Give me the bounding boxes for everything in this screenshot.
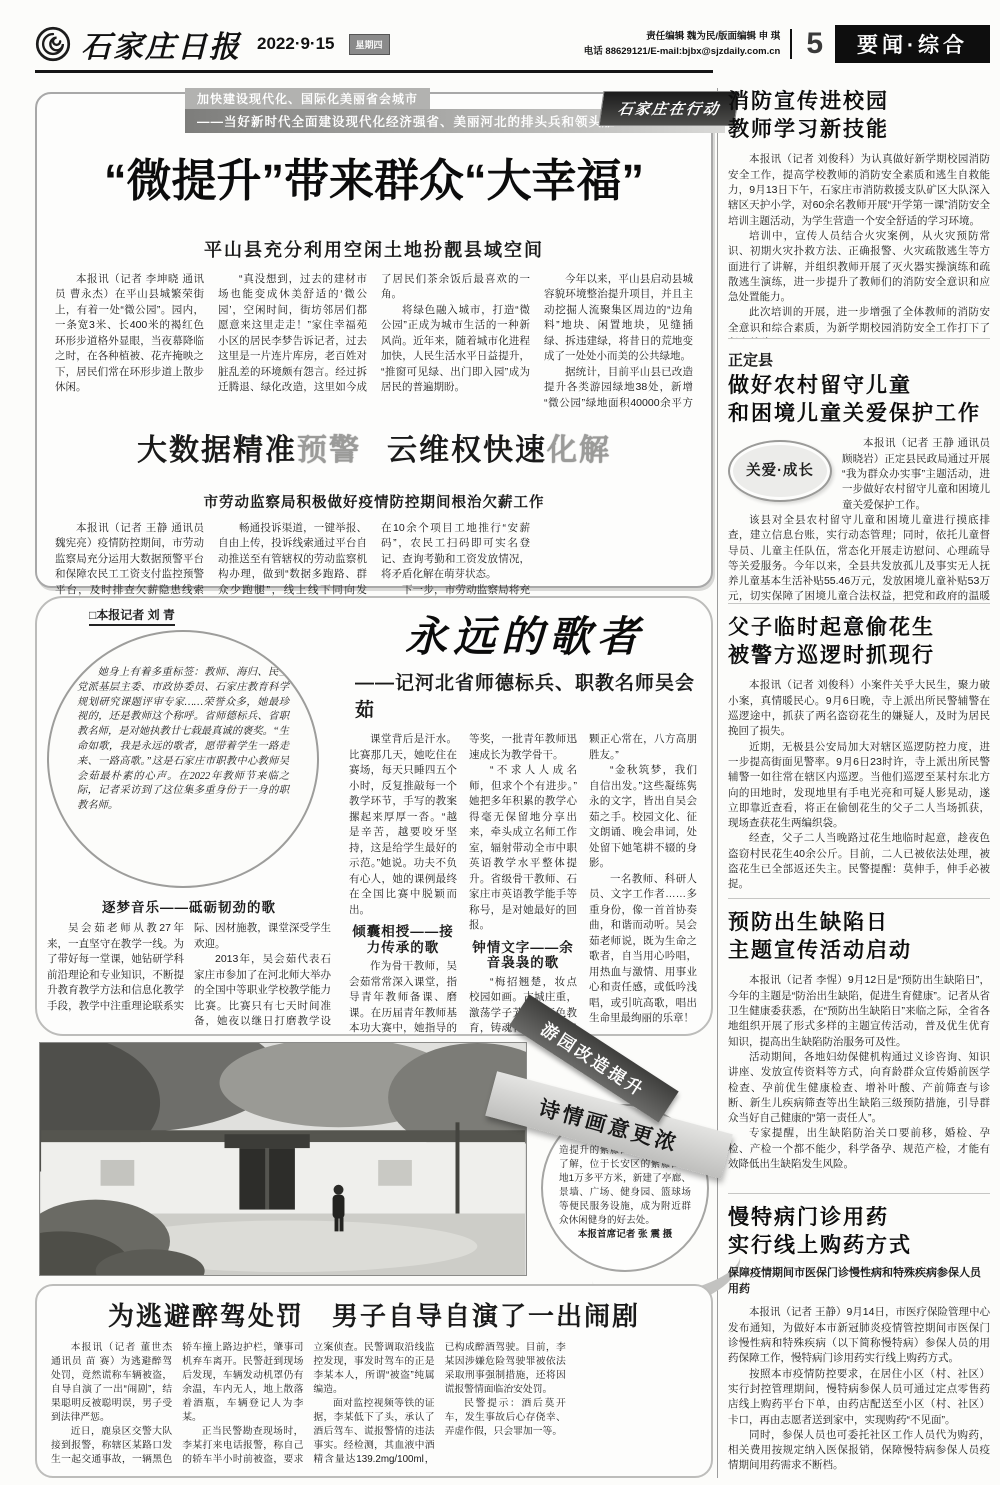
editor-line: 责任编辑 魏为民/版面编辑 申 琪 — [584, 29, 781, 44]
newspaper-page: 石家庄日报 2022·9·15 星期四 责任编辑 魏为民/版面编辑 申 琪 电话… — [0, 0, 1000, 1485]
weekday-badge: 星期四 — [349, 34, 390, 55]
masthead-right: 责任编辑 魏为民/版面编辑 申 琪 电话 88629121/E-mail:bjb… — [584, 25, 990, 63]
masthead-rule — [35, 70, 713, 73]
rail-article-birth-defects: 预防出生缺陷日 主题宣传活动启动 本报讯（记者 李惺）9月12日是“预防出生缺陷… — [728, 898, 990, 1193]
slogan-line1: 加快建设现代化、国际化美丽省会城市 — [185, 88, 430, 109]
body-paragraph: “不求人人成名师，但求个个有进步。”她把多年积累的教学心得毫无保留地分享出来，牵… — [469, 763, 577, 934]
body-paragraph: 民警提示：酒后莫开车，发生事故后心存侥幸、弄虚作假，只会罪加一等。 — [445, 1397, 566, 1439]
rail-headline: 消防宣传进校园 教师学习新技能 — [728, 88, 990, 143]
main-subtitle: 平山县充分利用空闲土地扮靓县域空间 — [55, 236, 693, 262]
editor-contact-lines: 责任编辑 魏为民/版面编辑 申 琪 电话 88629121/E-mail:bjb… — [584, 29, 793, 59]
rail-headline: 慢特病门诊用药 实行线上购药方式 — [728, 1204, 990, 1259]
rail-headline-line1: 消防宣传进校园 — [728, 88, 990, 116]
body-paragraph: “金秋筑梦，我们自信出发。”这些凝练隽永的文字，皆出自吴会茹之手。校园文化、征文… — [589, 763, 697, 872]
rail-subtitle: 保障疫情期间市医保门诊慢性病和特殊疾病参保人员用药 — [728, 1264, 990, 1296]
rail-headline: 父子临时起意偷花生 被警方巡逻时抓现行 — [728, 614, 990, 669]
section-subhead: 逐梦音乐——砥砺韧劲的歌 — [47, 896, 331, 916]
body-paragraph: 近期，无极县公安局加大对辖区巡逻防控力度，进一步提高街面见警率。9月6日23时许… — [728, 740, 990, 832]
care-growth-badge: 关爱·成长 — [728, 440, 832, 502]
body-paragraph: 同时，参保人员也可委托社区工作人员代为购药，相关费用按规定纳入医保报销，保障慢特… — [728, 1428, 990, 1474]
headline-part: 云维权快速 — [387, 434, 547, 467]
section-subhead: 倾囊相授——接力传承的歌 — [349, 924, 457, 955]
body-paragraph: 课堂背后是汗水。比赛那几天，她吃住在赛场，每天只睡四五个小时，反复推敲每一个教学… — [349, 732, 457, 918]
rail-headline-line1: 做好农村留守儿童 — [728, 372, 990, 400]
body-paragraph: 本报讯（记者 董世杰 通讯员 苗 赛）为逃避醉驾处罚，竟然谎称车辆被盗，自导自演… — [51, 1341, 172, 1425]
issue-date: 2022·9·15 — [257, 34, 335, 54]
campaign-badge: 石家庄在行动 — [599, 91, 740, 126]
body-paragraph: 培训中，宣传人员结合火灾案例，从火灾预防常识、初期火灾扑救方法、正确报警、火灾疏… — [728, 229, 990, 305]
rail-headline-line2: 实行线上购药方式 — [728, 1232, 990, 1260]
headline-part: 大数据精准 — [137, 434, 297, 467]
section-subhead: 钟情文字——余音袅袅的歌 — [469, 940, 577, 971]
body-paragraph: 本报讯（记者 李坤晓 通讯员 曹永杰）在平山县城繁荣街上，有着一处“微公园”。园… — [55, 272, 204, 396]
rail-headline-line1: 预防出生缺陷日 — [728, 909, 990, 937]
singer-section1-body: 吴会茹老师从教27年来，一直坚守在教学一线。为了带好每一堂课，她钻研学科前沿理论… — [47, 921, 331, 1036]
photo-garden — [39, 1042, 527, 1276]
intro-text: 她身上有着多重标签：教师、海归、民主党派基层主委、市政协委员、石家庄教育科学规划… — [77, 666, 289, 814]
rail-article-body: 关爱·成长 本报讯（记者 王静 通讯员 顾晓岩）正定县民政局通过开展“我为群众办… — [728, 436, 990, 603]
rail-article-medicine-online: 慢特病门诊用药 实行线上购药方式 保障疫情期间市医保门诊慢性病和特殊疾病参保人员… — [728, 1193, 990, 1482]
singer-intro: 她身上有着多重标签：教师、海归、民主党派基层主委、市政协委员、石家庄教育科学规划… — [47, 630, 319, 888]
singer-body: 课堂背后是汗水。比赛那几天，她吃住在赛场，每天只睡四五个小时，反复推敲每一个教学… — [349, 732, 697, 1036]
section-title: 要闻·综合 — [835, 25, 990, 63]
rail-headline: 预防出生缺陷日 主题宣传活动启动 — [728, 909, 990, 964]
body-paragraph: 活动期间，各地妇幼保健机构通过义诊咨询、知识讲座、发放宣传资料等方式，向育龄群众… — [728, 1050, 990, 1126]
rail-article-body: 本报讯（记者 刘俊科）为认真做好新学期校园消防安全工作，提高学校教师的消防安全素… — [728, 152, 990, 338]
body-paragraph: 一名教师、科研人员、文字工作者……多重身份，像一首首协奏曲，和谐而动听。吴会茹老… — [589, 872, 697, 1027]
body-paragraph: 今年以来，平山县启动县城容貌环境整治提升项目，并且主动挖掘人流聚集区周边的“边角… — [544, 272, 693, 365]
article-weitisheng: 加快建设现代化、国际化美丽省会城市 ——当好新时代全面建设现代化经济强省、美丽河… — [35, 92, 713, 588]
contact-line: 电话 88629121/E-mail:bjbx@sjzdaily.com.cn — [584, 44, 781, 59]
singer-headline: 永远的歌者 — [405, 604, 697, 664]
body-paragraph: 本报讯（记者 李惺）9月12日是“预防出生缺陷日”，今年的主题是“防治出生缺陷，… — [728, 973, 990, 1049]
rail-headline-line1: 父子临时起意偷花生 — [728, 614, 990, 642]
body-paragraph: 本报讯（记者 王静）9月14日，市医疗保险管理中心发布通知，为做好本市新冠肺炎疫… — [728, 1305, 990, 1366]
paper-logo-icon — [35, 26, 71, 62]
photo-credit: 本报首席记者 张 震 摄 — [559, 1228, 691, 1242]
rail-headline-line2: 主题宣传活动启动 — [728, 937, 990, 965]
masthead: 石家庄日报 2022·9·15 星期四 责任编辑 魏为民/版面编辑 申 琪 电话… — [35, 20, 990, 68]
dashuju-subtitle: 市劳动监察局积极做好疫情防控期间根治欠薪工作 — [55, 491, 693, 512]
headline-part-ghost: 预警 — [297, 434, 361, 467]
page-number: 5 — [806, 27, 823, 61]
rail-article-body: 本报讯（记者 王静）9月14日，市医疗保险管理中心发布通知，为做好本市新冠肺炎疫… — [728, 1305, 990, 1473]
body-paragraph: 该县对全县农村留守儿童和困境儿童进行摸底排查，建立信息台账，实行动态管理；同时，… — [728, 513, 990, 603]
drunk-body: 本报讯（记者 董世杰 通讯员 苗 赛）为逃避醉驾处罚，竟然谎称车辆被盗，自导自演… — [51, 1341, 697, 1477]
body-paragraph: 按照本市疫情防控要求，在居住小区（村、社区）实行封控管理期间，慢特病参保人员可通… — [728, 1367, 990, 1428]
rail-headline-line2: 教师学习新技能 — [728, 116, 990, 144]
body-paragraph: 将绿色融入城市，打造“微公园”正成为城市生活的一种新风尚。近年来，随着城市化进程… — [381, 303, 530, 396]
rail-headline: 做好农村留守儿童 和困境儿童关爱保护工作 — [728, 372, 990, 427]
drunk-headline: 为逃避醉驾处罚 男子自导自演了一出闹剧 — [51, 1296, 697, 1333]
singer-subtitle: ——记河北省师德标兵、职教名师吴会茹 — [355, 668, 697, 722]
photo-story: 游园改造提升 诗情画意更浓 9月12日，省会市民在新改造提升的紫藤园休闲游玩。据… — [35, 1042, 713, 1278]
singer-right-column: 永远的歌者 ——记河北省师德标兵、职教名师吴会茹 课堂背后是汗水。比赛那几天，她… — [337, 598, 711, 1034]
body-paragraph: 本报讯（记者 刘俊科）为认真做好新学期校园消防安全工作，提高学校教师的消防安全素… — [728, 152, 990, 228]
body-paragraph: 经查，父子二人当晚路过花生地临时起意，趁夜色盗窃村民花生40余公斤。目前，二人已… — [728, 831, 990, 892]
rail-article-fire-safety: 消防宣传进校园 教师学习新技能 本报讯（记者 刘俊科）为认真做好新学期校园消防安… — [728, 88, 990, 338]
main-headline: “微提升”带来群众“大幸福” — [55, 156, 693, 206]
garden-photo-illustration — [40, 1043, 526, 1275]
main-article-body: 本报讯（记者 李坤晓 通讯员 曹永杰）在平山县城繁荣街上，有着一处“微公园”。园… — [55, 272, 693, 422]
body-paragraph: 专家提醒，出生缺陷防治关口要前移，婚检、孕检、产检一个都不能少，科学备孕、规范产… — [728, 1126, 990, 1172]
rail-article-children-care: 正定县 做好农村留守儿童 和困境儿童关爱保护工作 关爱·成长 本报讯（记者 王静… — [728, 338, 990, 603]
rail-headline-line1: 慢特病门诊用药 — [728, 1204, 990, 1232]
body-paragraph: 本报讯（记者 刘俊科）小案件关乎大民生，聚力破小案，真情暖民心。9月6日晚，寺上… — [728, 678, 990, 739]
rail-article-body: 本报讯（记者 刘俊科）小案件关乎大民生，聚力破小案，真情暖民心。9月6日晚，寺上… — [728, 678, 990, 892]
rail-article-peanut-theft: 父子临时起意偷花生 被警方巡逻时抓现行 本报讯（记者 刘俊科）小案件关乎大民生，… — [728, 603, 990, 898]
body-paragraph: 此次培训的开展，进一步增强了全体教师的消防安全意识和综合素质，为新学期校园消防安… — [728, 305, 990, 338]
rail-kicker: 正定县 — [728, 349, 990, 370]
reporter-byline: □本报记者 刘 青 — [89, 606, 175, 626]
rail-headline-line2: 被警方巡逻时抓现行 — [728, 642, 990, 670]
right-rail: 消防宣传进校园 教师学习新技能 本报讯（记者 刘俊科）为认真做好新学期校园消防安… — [728, 88, 990, 1482]
article-drunk-driver: 为逃避醉驾处罚 男子自导自演了一出闹剧 本报讯（记者 董世杰 通讯员 苗 赛）为… — [35, 1284, 713, 1478]
article-singer: □本报记者 刘 青 她身上有着多重标签：教师、海归、民主党派基层主委、市政协委员… — [35, 596, 713, 1036]
paper-name: 石家庄日报 — [81, 22, 241, 66]
slogan-banner: 加快建设现代化、国际化美丽省会城市 ——当好新时代全面建设现代化经济强省、美丽河… — [185, 88, 725, 133]
headline-part-ghost: 化解 — [547, 434, 611, 467]
dashuju-headline: 大数据精准预警云维权快速化解 — [55, 436, 693, 466]
singer-left-column: □本报记者 刘 青 她身上有着多重标签：教师、海归、民主党派基层主委、市政协委员… — [37, 598, 337, 1034]
rail-headline-line2: 和困境儿童关爱保护工作 — [728, 400, 990, 428]
masthead-left: 石家庄日报 2022·9·15 星期四 — [35, 22, 390, 66]
rail-article-body: 本报讯（记者 李惺）9月12日是“预防出生缺陷日”，今年的主题是“防治出生缺陷，… — [728, 973, 990, 1172]
